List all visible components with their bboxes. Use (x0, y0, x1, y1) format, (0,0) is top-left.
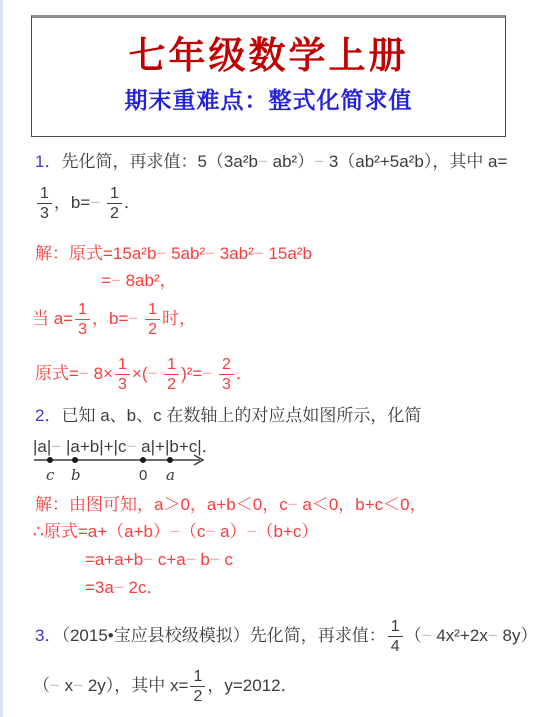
dim-minus-text: − (488, 626, 498, 645)
fraction: 12 (107, 184, 122, 223)
text-segment: 先化简，再求值：5（3a²b (61, 152, 257, 171)
text-segment: 解：由图可知，a＞0，a+b＜0，c (35, 495, 288, 514)
fraction-numerator: 1 (75, 300, 90, 319)
page-edge-strip (0, 0, 3, 717)
text-segment: c (220, 550, 233, 569)
fraction-numerator: 1 (164, 355, 179, 374)
text-segment: 2y），其中 x= (83, 676, 188, 695)
point-label-c: c (46, 466, 55, 484)
text-segment (138, 309, 143, 328)
dim-minus-text: − (288, 495, 298, 514)
dim-minus-text: − (170, 522, 180, 541)
fraction: 23 (219, 355, 234, 394)
solution2-line2: ∴原式=a+（a+b）−（c− a）−（b+c） (33, 521, 318, 543)
text-segment: 时， (162, 309, 196, 328)
fraction-numerator: 1 (115, 355, 130, 374)
fraction-numerator: 1 (145, 300, 160, 319)
text-segment: （2015•宝应县校级模拟）先化简，再求值： (61, 626, 385, 645)
text-segment: ab²） (268, 152, 314, 171)
dim-minus-text: − (147, 364, 157, 383)
fraction-denominator: 2 (145, 319, 160, 339)
text-segment: （ (405, 626, 422, 645)
point-label-b: b (71, 466, 81, 484)
fraction: 12 (145, 300, 160, 339)
point-dot-0 (140, 457, 146, 463)
fraction-denominator: 2 (190, 686, 205, 706)
solution1-line4: 原式=− 8×13×(− 12)²=− 23． (35, 355, 253, 394)
text-segment: 5ab² (166, 244, 205, 263)
text-segment: ，b= (92, 309, 128, 328)
point-label-0: 0 (139, 467, 147, 484)
text-segment: ，y=2012． (207, 676, 297, 695)
dim-minus-text: − (128, 309, 138, 328)
dim-minus-text: − (422, 626, 432, 645)
dim-minus-text: − (258, 152, 268, 171)
dim-minus-text: − (143, 550, 153, 569)
page-subtitle: 期末重难点：整式化简求值 (32, 88, 505, 114)
text-segment: =3a (85, 578, 114, 597)
worksheet-page: 七年级数学上册 期末重难点：整式化简求值 1．先化简，再求值：5（3a²b− a… (0, 0, 541, 717)
fraction: 12 (164, 355, 179, 394)
text-segment: 8y） (498, 626, 538, 645)
dim-minus-text: − (254, 244, 264, 263)
fraction-denominator: 2 (164, 374, 179, 394)
dim-minus-text: − (247, 522, 257, 541)
point-label-a: a (166, 466, 175, 484)
fraction-numerator: 2 (219, 355, 234, 374)
text-segment: （ (33, 676, 50, 695)
point-dot-a (167, 457, 173, 463)
point-dot-b (72, 457, 78, 463)
dim-minus-text: − (111, 271, 121, 290)
solution2-line1: 解：由图可知，a＞0，a+b＜0，c− a＜0，b+c＜0， (35, 494, 427, 516)
solution1-line1: 解：原式=15a²b− 5ab²− 3ab²− 15a²b (35, 243, 312, 265)
dim-minus-text: − (79, 364, 89, 383)
text-segment: b (196, 550, 210, 569)
problem1-statement-line1: 1．先化简，再求值：5（3a²b− ab²）− 3（ab²+5a²b），其中 a… (35, 151, 507, 173)
fraction: 12 (190, 667, 205, 706)
fraction-numerator: 1 (107, 184, 122, 203)
page-title: 七年级数学上册 (32, 36, 505, 78)
text-segment: 8ab²， (121, 271, 177, 290)
fraction-numerator: 1 (37, 184, 52, 203)
text-segment: 3（ab²+5a²b），其中 a= (324, 152, 507, 171)
text-segment: x (60, 676, 73, 695)
fraction-denominator: 3 (75, 319, 90, 339)
fraction-denominator: 3 (219, 374, 234, 394)
problem-number: 2． (35, 406, 61, 425)
solution1-line3: 当 a=13，b=− 12时， (32, 300, 196, 339)
text-segment: 15a²b (264, 244, 312, 263)
dim-minus-text: − (156, 244, 166, 263)
fraction: 13 (75, 300, 90, 339)
dim-minus-text: − (205, 522, 215, 541)
text-segment: ∴原式=a+（a+b） (33, 522, 170, 541)
text-segment: 8× (89, 364, 113, 383)
text-segment (100, 193, 105, 212)
text-segment: 解：原式=15a²b (35, 244, 156, 263)
fraction: 14 (388, 617, 403, 656)
text-segment: 4x²+2x (432, 626, 488, 645)
text-segment: ． (124, 193, 141, 212)
dim-minus-text: − (50, 676, 60, 695)
dim-minus-text: − (210, 550, 220, 569)
fraction: 13 (37, 184, 52, 223)
dim-minus-text: − (205, 244, 215, 263)
text-segment: 已知 a、b、c 在数轴上的对应点如图所示，化简 (61, 406, 421, 425)
problem-number: 1． (35, 152, 61, 171)
dim-minus-text: − (537, 626, 541, 645)
text-segment: =a+a+b (85, 550, 143, 569)
fraction-denominator: 3 (115, 374, 130, 394)
problem1-statement-line2: 13，b=− 12． (35, 184, 141, 223)
text-segment: （b+c） (256, 522, 318, 541)
fraction-numerator: 1 (388, 617, 403, 636)
dim-minus-text: − (114, 578, 124, 597)
solution2-line4: =3a− 2c． (85, 577, 163, 599)
point-dot-c (47, 457, 53, 463)
problem2-statement-line1: 2．已知 a、b、c 在数轴上的对应点如图所示，化简 (35, 405, 421, 427)
problem3-statement-line2: （− x− 2y），其中 x=12，y=2012． (33, 667, 298, 706)
number-line-figure: c b 0 a (30, 450, 215, 486)
text-segment (157, 364, 162, 383)
problem3-statement-line1: 3．（2015•宝应县校级模拟）先化简，再求值：14（− 4x²+2x− 8y）… (35, 617, 541, 656)
text-segment: ． (236, 364, 253, 383)
dim-minus-text: − (186, 550, 196, 569)
problem-number: 3． (35, 626, 61, 645)
solution1-line2: =− 8ab²， (101, 270, 177, 292)
dim-minus-text: − (73, 676, 83, 695)
text-segment: c+a (153, 550, 186, 569)
dim-minus-text: − (202, 364, 212, 383)
fraction-numerator: 1 (190, 667, 205, 686)
text-segment: ×( (132, 364, 148, 383)
dim-minus-text: − (90, 193, 100, 212)
dim-minus-text: − (314, 152, 324, 171)
text-segment: 2c． (124, 578, 164, 597)
fraction-denominator: 4 (388, 636, 403, 656)
text-segment: a） (215, 522, 246, 541)
text-segment: = (101, 271, 111, 290)
solution2-line3: =a+a+b− c+a− b− c (85, 549, 233, 571)
text-segment: ，b= (54, 193, 90, 212)
text-segment: a＜0，b+c＜0， (298, 495, 427, 514)
fraction-denominator: 2 (107, 203, 122, 223)
text-segment: 当 a= (32, 309, 73, 328)
header-box: 七年级数学上册 期末重难点：整式化简求值 (31, 15, 506, 137)
text-segment: 原式= (35, 364, 79, 383)
text-segment (212, 364, 217, 383)
fraction-denominator: 3 (37, 203, 52, 223)
text-segment: )²= (181, 364, 202, 383)
fraction: 13 (115, 355, 130, 394)
text-segment: 3ab² (215, 244, 254, 263)
text-segment: （c (180, 522, 206, 541)
